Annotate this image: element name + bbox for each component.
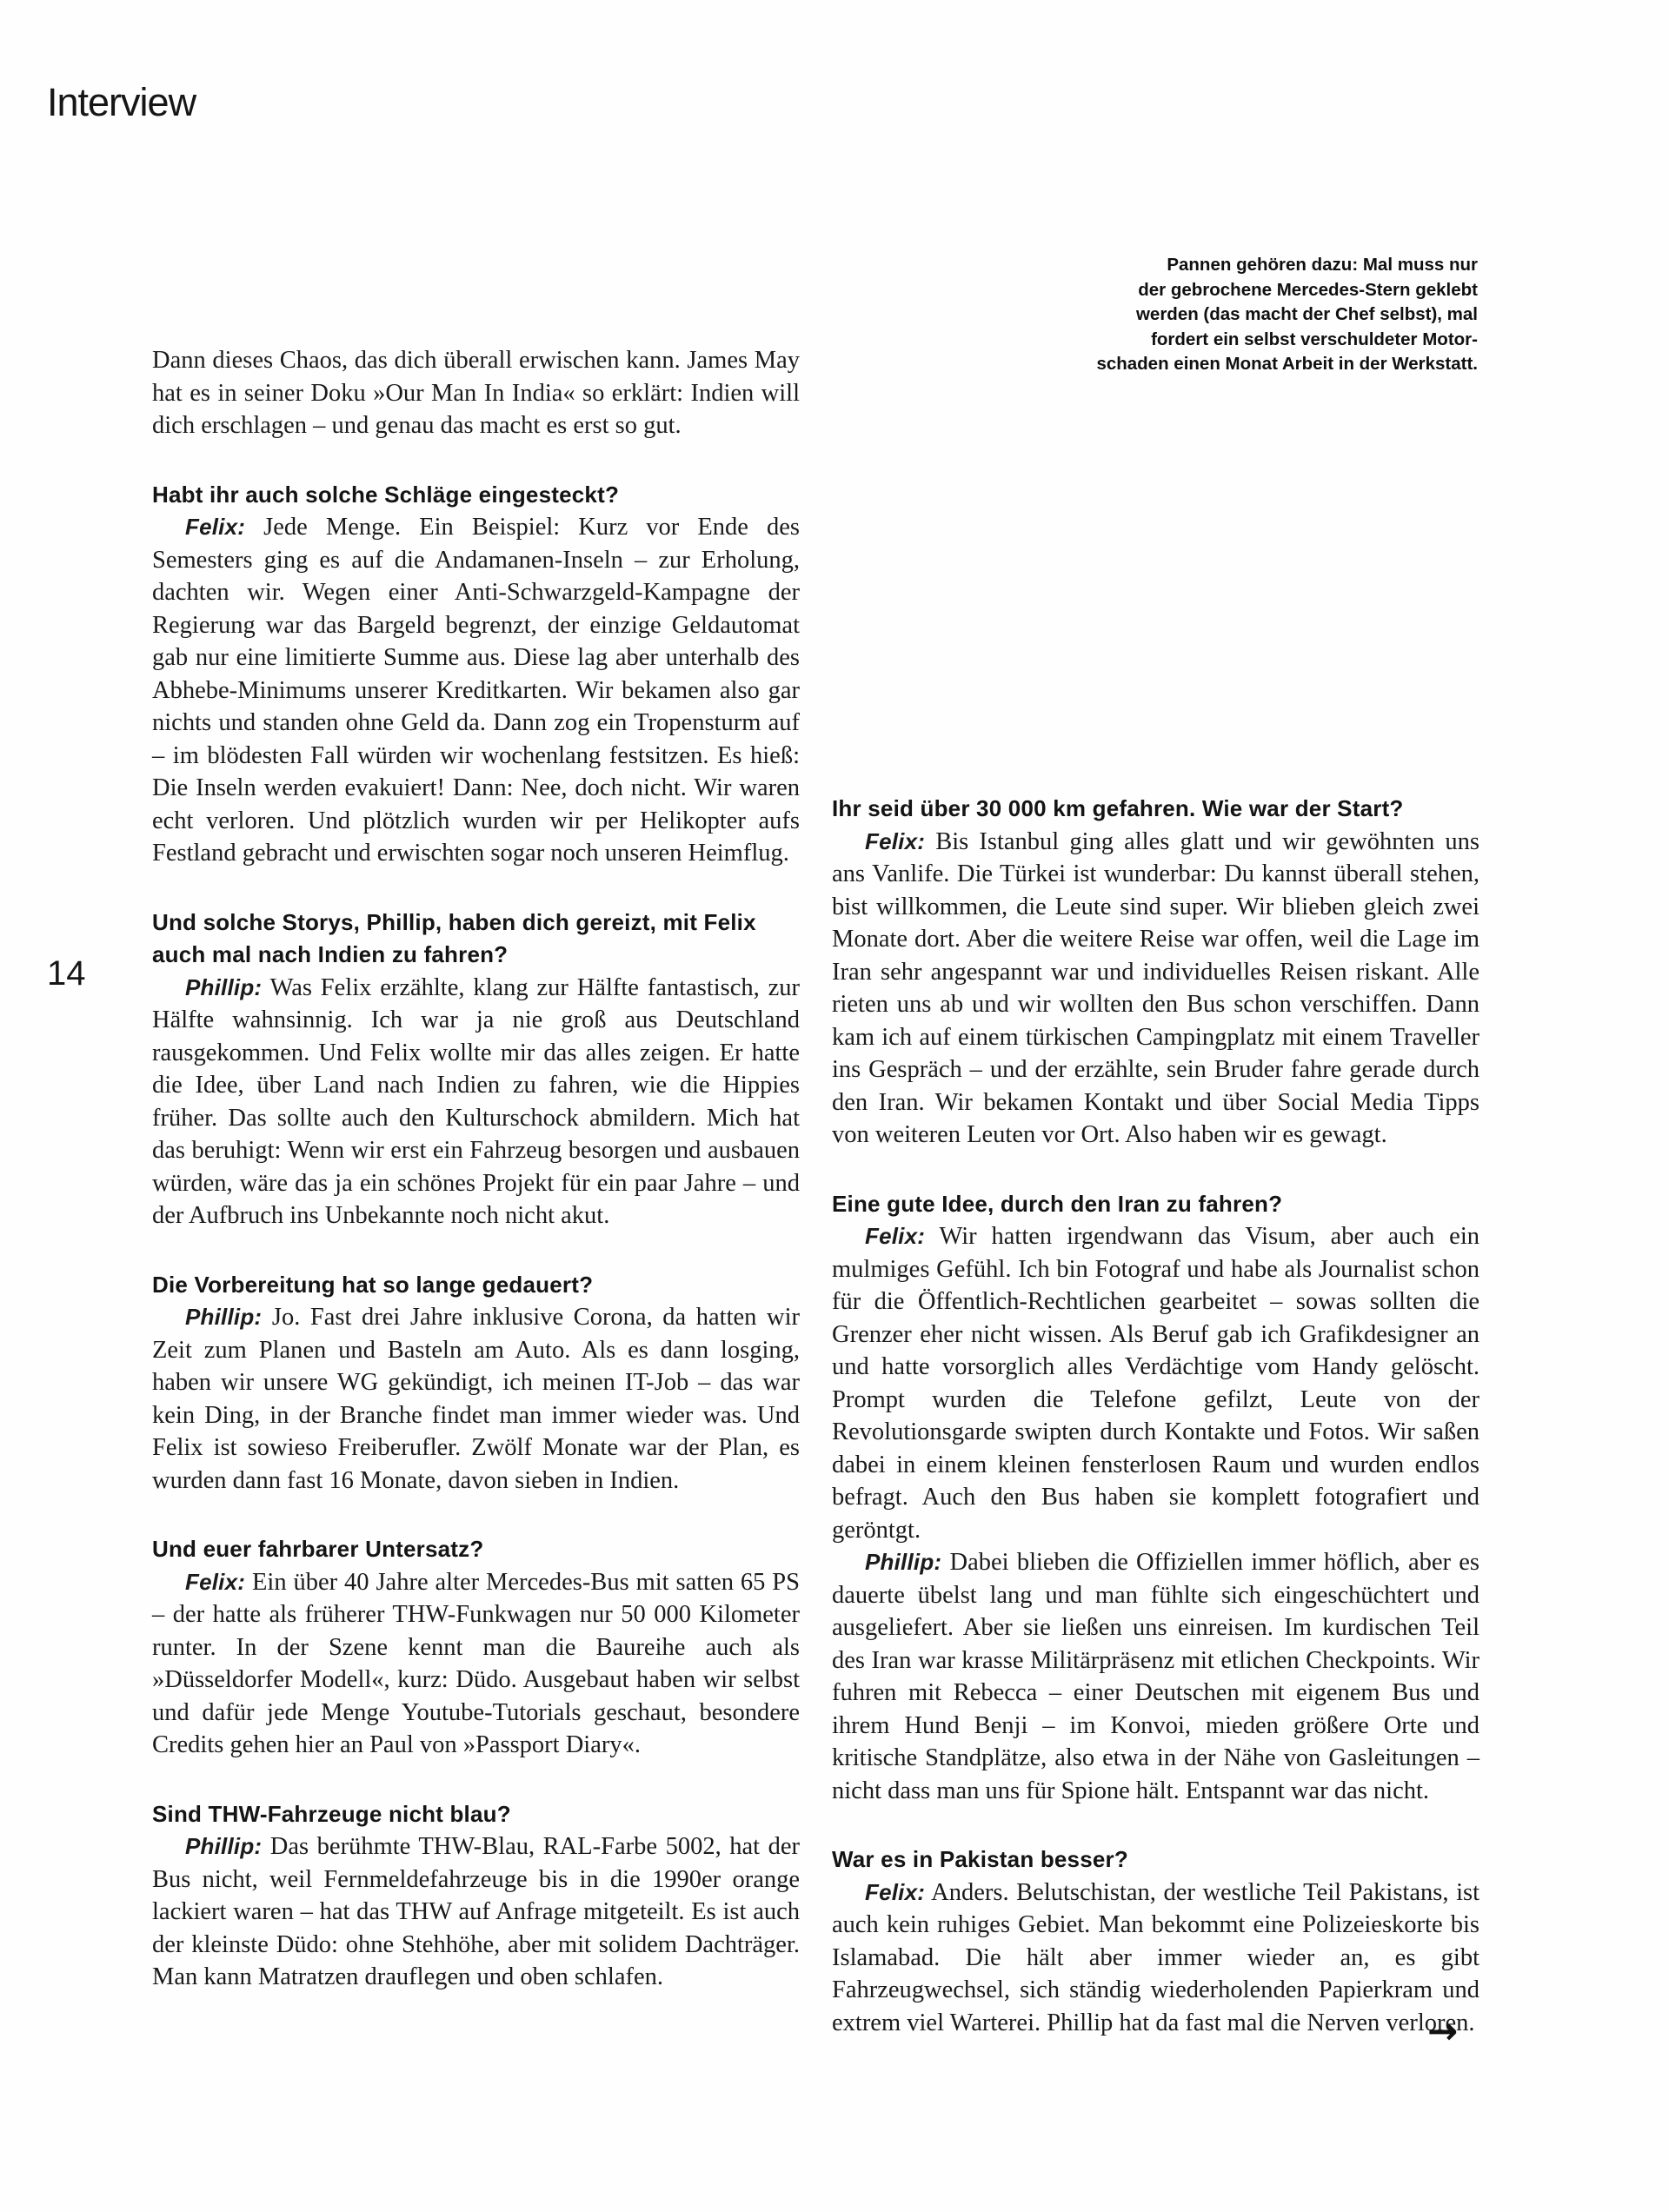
speaker-label: Phillip:	[185, 1833, 262, 1859]
interview-answer: Felix: Jede Menge. Ein Beispiel: Kurz vo…	[152, 511, 800, 870]
interview-question: Habt ihr auch solche Schläge eingesteckt…	[152, 479, 800, 512]
continuation-paragraph: Dann dieses Chaos, das dich überall erwi…	[152, 344, 800, 442]
interview-answer: Phillip: Jo. Fast drei Jahre inklusive C…	[152, 1301, 800, 1497]
qa-section: Die Vorbereitung hat so lange gedauert?P…	[152, 1269, 800, 1498]
qa-section: Und euer fahrbarer Untersatz?Felix: Ein …	[152, 1533, 800, 1762]
interview-question: Und solche Storys, Phillip, haben dich g…	[152, 907, 800, 972]
page-title: Interview	[47, 80, 196, 125]
interview-question: Ihr seid über 30 000 km gefahren. Wie wa…	[832, 793, 1479, 826]
interview-question: Die Vorbereitung hat so lange gedauert?	[152, 1269, 800, 1302]
qa-section: Sind THW-Fahrzeuge nicht blau?Phillip: D…	[152, 1798, 800, 1994]
interview-answer: Phillip: Was Felix erzählte, klang zur H…	[152, 972, 800, 1232]
interview-answer: Felix: Ein über 40 Jahre alter Mercedes-…	[152, 1566, 800, 1762]
interview-column-right: Ihr seid über 30 000 km gefahren. Wie wa…	[832, 793, 1479, 2039]
speaker-label: Felix:	[185, 514, 245, 540]
speaker-label: Phillip:	[865, 1549, 941, 1575]
interview-question: Eine gute Idee, durch den Iran zu fahren…	[832, 1188, 1479, 1221]
speaker-label: Felix:	[865, 1223, 925, 1249]
interview-column-left: Dann dieses Chaos, das dich überall erwi…	[152, 344, 800, 1994]
speaker-label: Felix:	[865, 1879, 925, 1905]
page-number: 14	[47, 954, 86, 993]
continued-arrow-icon: →	[1427, 2013, 1458, 2049]
speaker-label: Phillip:	[185, 974, 262, 1000]
interview-answer: Felix: Bis Istanbul ging alles glatt und…	[832, 826, 1479, 1152]
interview-answer: Felix: Wir hatten irgendwann das Visum, …	[832, 1220, 1479, 1546]
interview-answer: Phillip: Das berühmte THW-Blau, RAL-Farb…	[152, 1830, 800, 1994]
qa-section: Und solche Storys, Phillip, haben dich g…	[152, 907, 800, 1232]
interview-question: Und euer fahrbarer Untersatz?	[152, 1533, 800, 1566]
qa-section: Dann dieses Chaos, das dich überall erwi…	[152, 344, 800, 442]
interview-answer: Phillip: Dabei blieben die Offiziellen i…	[832, 1546, 1479, 1807]
photo-caption: Pannen gehören dazu: Mal muss nurder geb…	[1043, 253, 1478, 377]
qa-section: Eine gute Idee, durch den Iran zu fahren…	[832, 1188, 1479, 1808]
interview-question: War es in Pakistan besser?	[832, 1843, 1479, 1877]
qa-section: Habt ihr auch solche Schläge eingesteckt…	[152, 479, 800, 870]
speaker-label: Phillip:	[185, 1304, 262, 1330]
speaker-label: Felix:	[185, 1569, 245, 1595]
qa-section: Ihr seid über 30 000 km gefahren. Wie wa…	[832, 793, 1479, 1152]
speaker-label: Felix:	[865, 828, 925, 854]
qa-section: War es in Pakistan besser?Felix: Anders.…	[832, 1843, 1479, 2039]
interview-question: Sind THW-Fahrzeuge nicht blau?	[152, 1798, 800, 1831]
interview-answer: Felix: Anders. Belutschistan, der westli…	[832, 1877, 1479, 2040]
